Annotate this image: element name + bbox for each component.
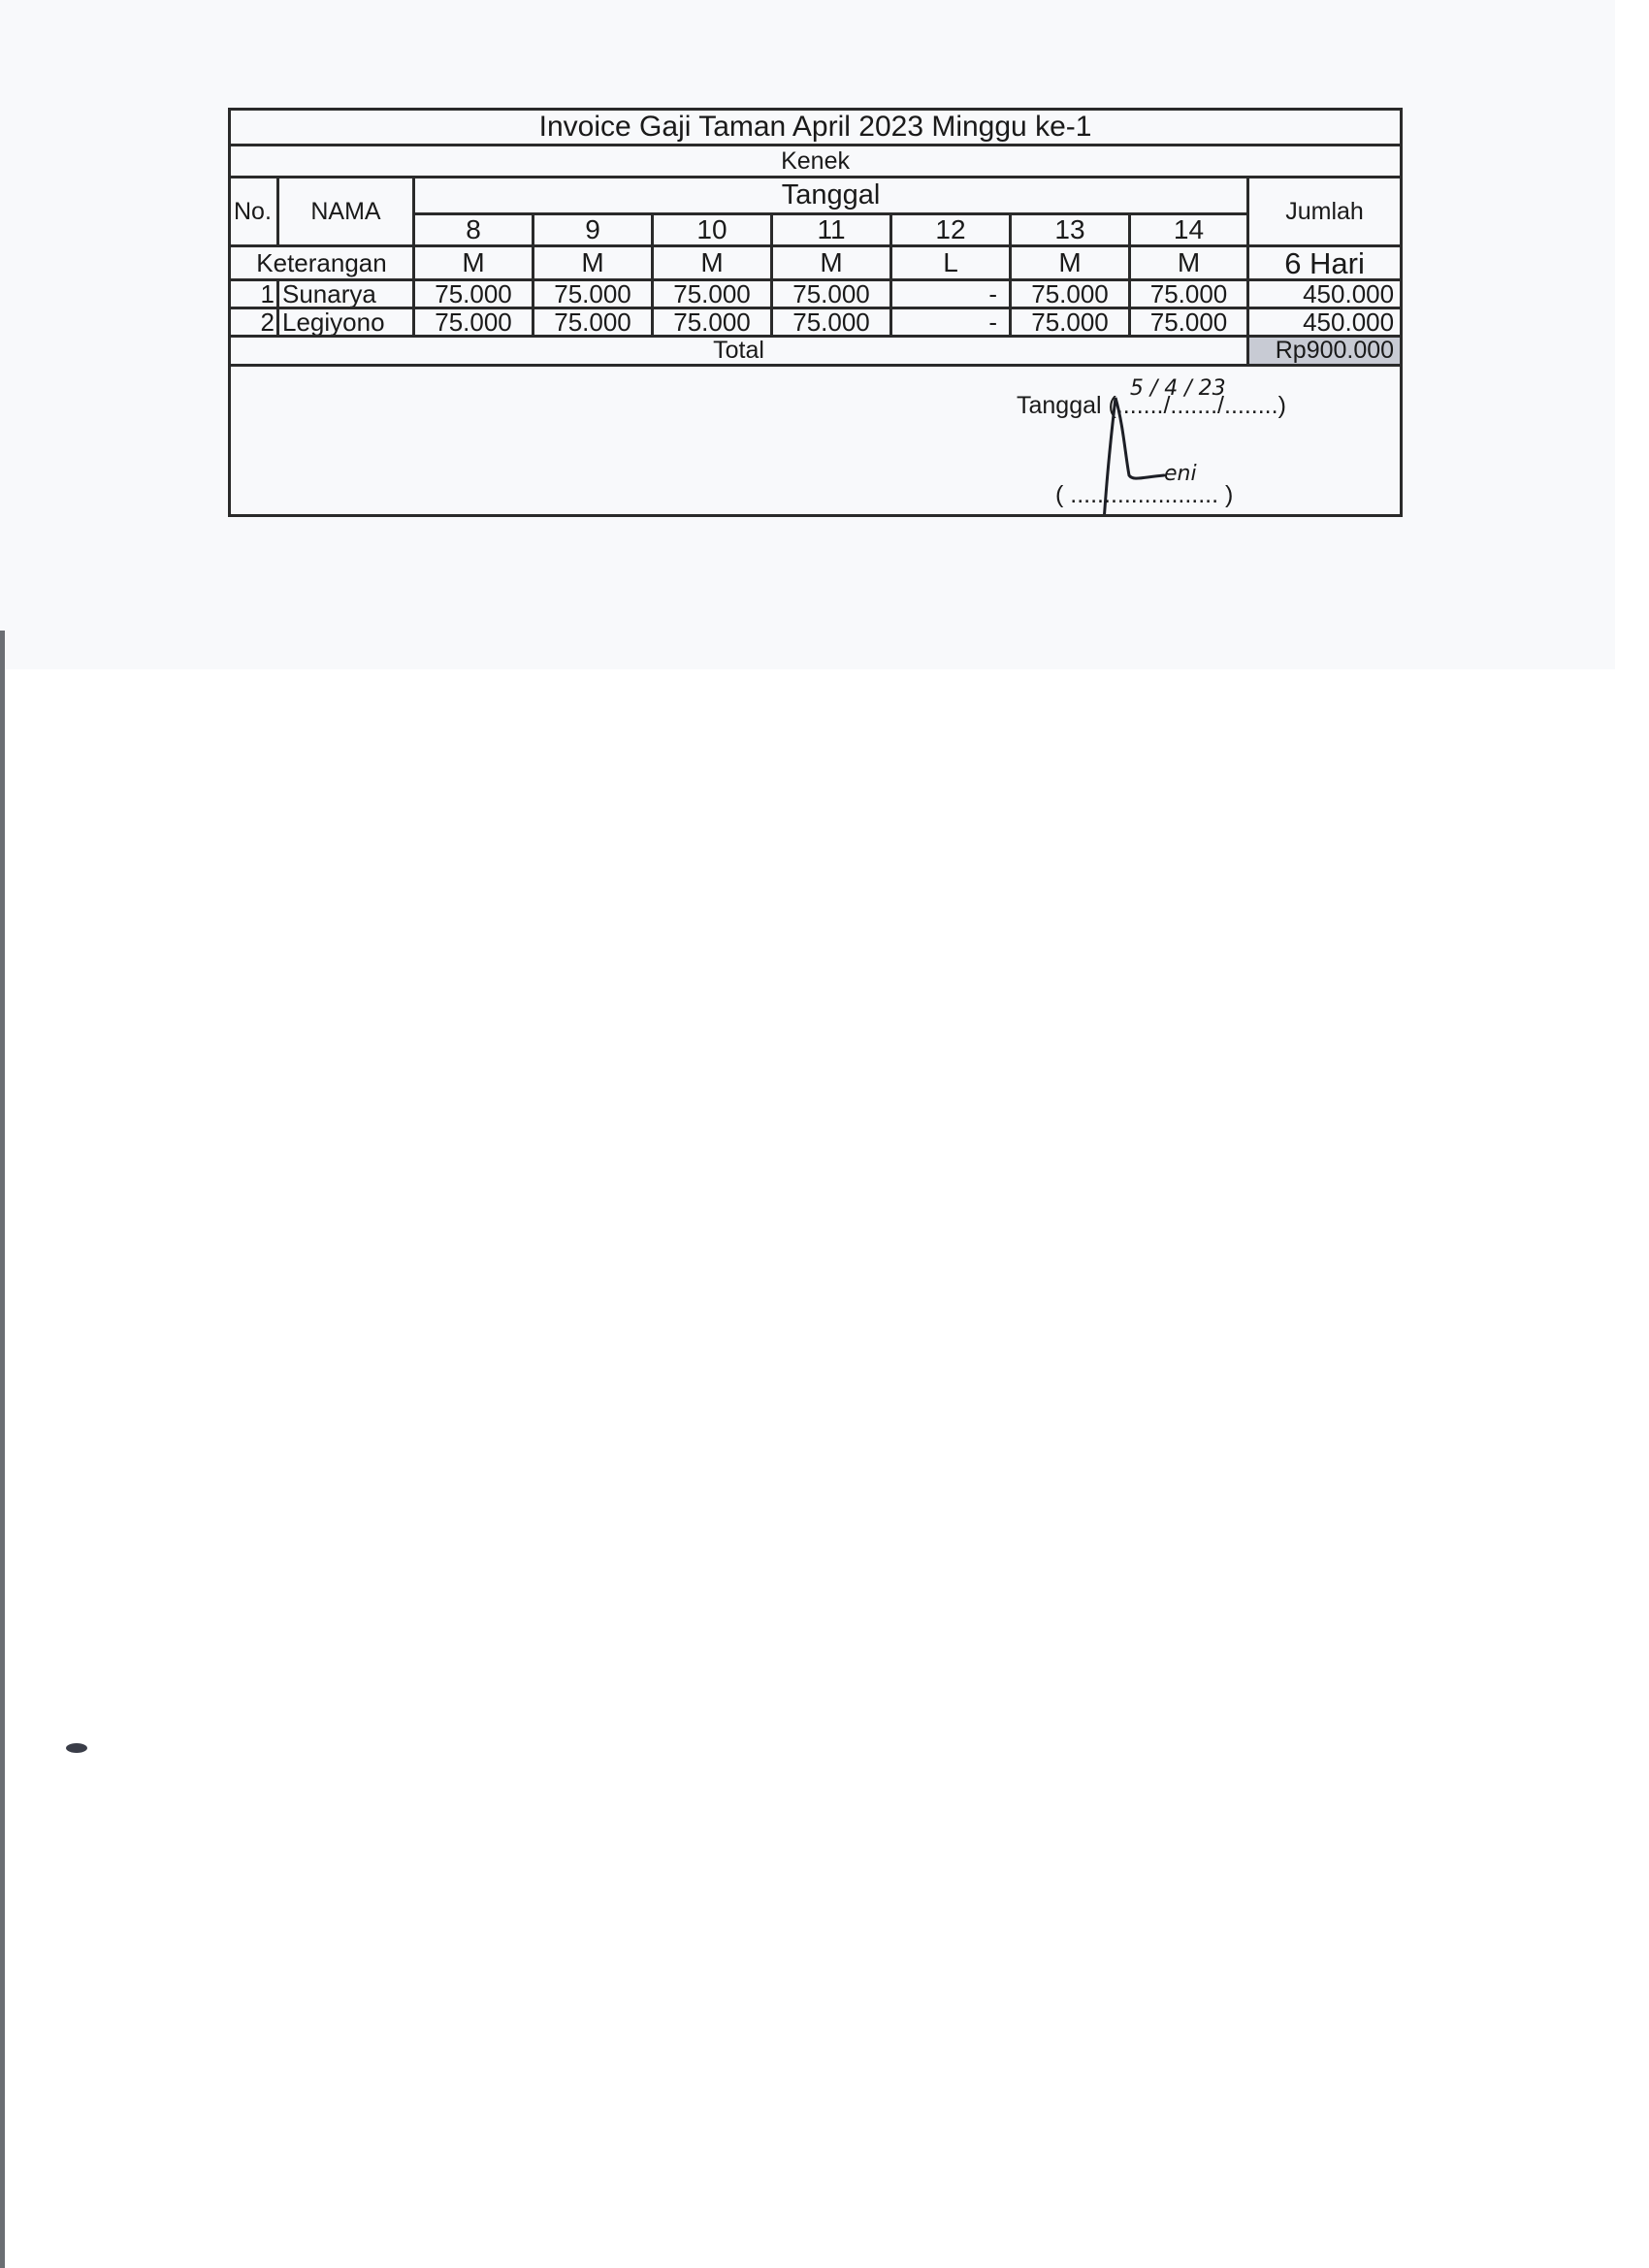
invoice-table: Invoice Gaji Taman April 2023 Minggu ke-… (228, 108, 1403, 517)
date-cell: 11 (772, 214, 891, 246)
keterangan-code: M (533, 246, 653, 280)
header-nama: NAMA (278, 178, 414, 246)
keterangan-code: M (653, 246, 772, 280)
row-value: 75.000 (1011, 308, 1130, 337)
total-label: Total (230, 337, 1248, 366)
row-value: 75.000 (533, 308, 653, 337)
scan-edge-shadow (0, 631, 5, 2268)
header-jumlah: Jumlah (1248, 178, 1402, 246)
date-cell: 10 (653, 214, 772, 246)
tanggal-close-paren: ) (1278, 392, 1286, 419)
row-value: - (891, 280, 1011, 308)
row-value: - (891, 308, 1011, 337)
date-cell: 12 (891, 214, 1011, 246)
scan-ink-blotch (66, 1743, 87, 1753)
header-tanggal: Tanggal (414, 178, 1248, 214)
date-cell: 8 (414, 214, 533, 246)
signature-area: Tanggal (......./......./........5 / 4 /… (230, 366, 1402, 516)
table-row: 2 Legiyono 75.000 75.000 75.000 75.000 -… (230, 308, 1402, 337)
keterangan-code: M (1130, 246, 1248, 280)
row-jumlah: 450.000 (1248, 308, 1402, 337)
row-value: 75.000 (772, 308, 891, 337)
row-value: 75.000 (414, 280, 533, 308)
row-value: 75.000 (1130, 280, 1248, 308)
keterangan-label: Keterangan (230, 246, 414, 280)
keterangan-code: M (772, 246, 891, 280)
keterangan-code: M (1011, 246, 1130, 280)
date-cell: 14 (1130, 214, 1248, 246)
total-row: Total Rp900.000 (230, 337, 1402, 366)
row-no: 2 (230, 308, 278, 337)
date-cell: 9 (533, 214, 653, 246)
row-value: 75.000 (533, 280, 653, 308)
row-nama: Legiyono (278, 308, 414, 337)
row-no: 1 (230, 280, 278, 308)
signature-line: ( ...................... ) (1055, 483, 1233, 507)
tanggal-label: Tanggal (1017, 392, 1102, 419)
invoice-title: Invoice Gaji Taman April 2023 Minggu ke-… (230, 110, 1402, 146)
row-value: 75.000 (653, 308, 772, 337)
invoice-document: Invoice Gaji Taman April 2023 Minggu ke-… (228, 108, 1400, 517)
table-row: 1 Sunarya 75.000 75.000 75.000 75.000 - … (230, 280, 1402, 308)
row-value: 75.000 (1130, 308, 1248, 337)
row-jumlah: 450.000 (1248, 280, 1402, 308)
row-value: 75.000 (653, 280, 772, 308)
keterangan-row: Keterangan M M M M L M M 6 Hari (230, 246, 1402, 280)
total-value: Rp900.000 (1248, 337, 1402, 366)
date-cell: 13 (1011, 214, 1130, 246)
keterangan-code: L (891, 246, 1011, 280)
total-days: 6 Hari (1248, 246, 1402, 280)
invoice-subtitle: Kenek (230, 146, 1402, 178)
row-nama: Sunarya (278, 280, 414, 308)
row-value: 75.000 (1011, 280, 1130, 308)
header-no: No. (230, 178, 278, 246)
keterangan-code: M (414, 246, 533, 280)
row-value: 75.000 (772, 280, 891, 308)
row-value: 75.000 (414, 308, 533, 337)
